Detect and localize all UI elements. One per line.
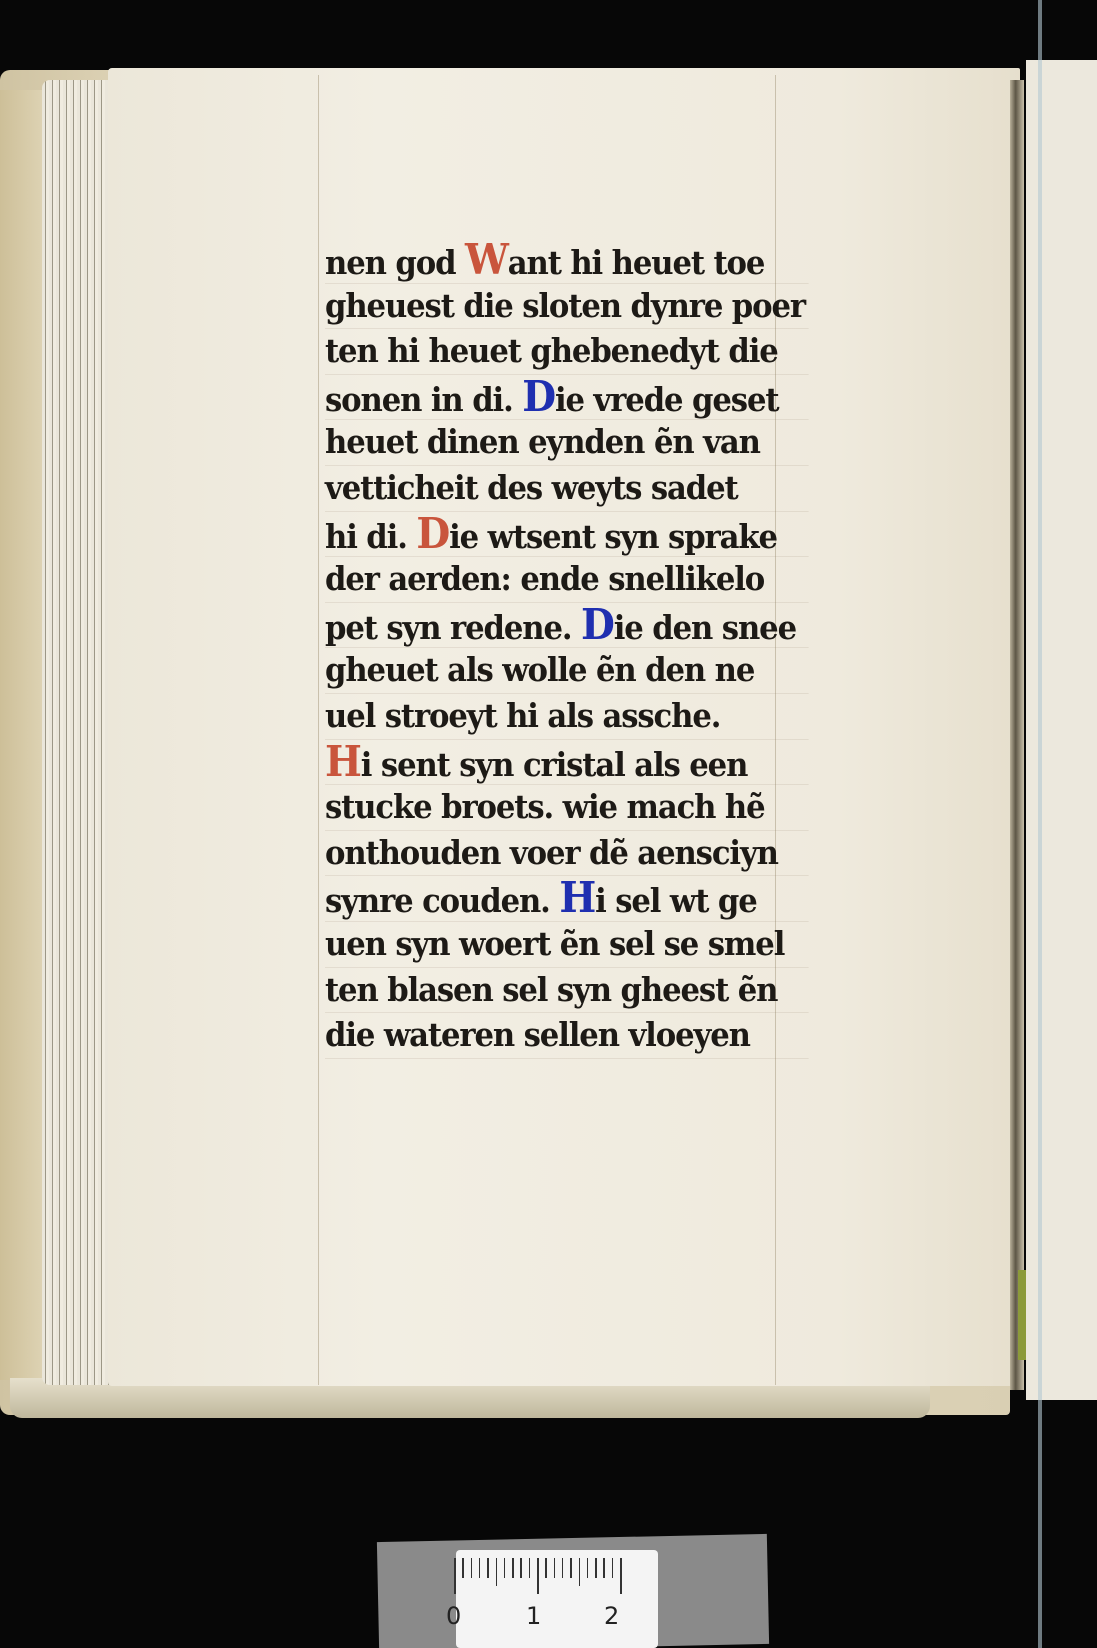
ruler-tick <box>570 1558 572 1578</box>
decorated-initial: H <box>325 737 361 786</box>
text-line: onthouden voer dẽ aensciyn <box>325 831 809 877</box>
decorated-initial: H <box>559 873 595 922</box>
ruler-tick <box>520 1558 522 1578</box>
sewing-thread <box>1018 1270 1026 1360</box>
text-segment: sonen in di. <box>325 380 522 419</box>
ruler-tick <box>529 1558 531 1578</box>
ruler-tick <box>471 1558 473 1578</box>
text-segment: synre couden. <box>325 881 559 920</box>
text-line: hi di. Die wtsent syn sprake <box>325 512 809 558</box>
text-line: gheuest die sloten dynre poer <box>325 284 809 330</box>
ruler-tick <box>462 1558 464 1578</box>
text-segment: ant hi heuet toe <box>508 243 765 282</box>
text-line: heuet dinen eynden ẽn van <box>325 420 809 466</box>
text-line: vetticheit des weyts sadet <box>325 466 809 512</box>
text-line: pet syn redene. Die den snee <box>325 603 809 649</box>
text-segment: uel stroeyt hi als assche. <box>325 696 720 735</box>
ruler-tick <box>537 1558 539 1594</box>
ruler-tick <box>512 1558 514 1578</box>
ruler-label-2: 2 <box>604 1602 619 1630</box>
ruler-label-0: 0 <box>446 1602 461 1630</box>
ruler-tick <box>496 1558 498 1586</box>
decorated-initial: D <box>522 372 555 421</box>
text-segment: i sel wt ge <box>595 881 756 920</box>
book-gutter <box>1010 80 1024 1390</box>
text-line: Hi sent syn cristal als een <box>325 740 809 786</box>
text-line: die wateren sellen vloeyen <box>325 1013 809 1059</box>
text-segment: pet syn redene. <box>325 608 581 647</box>
text-line: uel stroeyt hi als assche. <box>325 694 809 740</box>
text-segment: ie den snee <box>614 608 796 647</box>
text-segment: hi di. <box>325 517 416 556</box>
text-block: nen god Want hi heuet toegheuest die slo… <box>325 238 845 1059</box>
ruler-tick <box>620 1558 622 1594</box>
text-segment: uen syn woert ẽn sel se smel <box>325 924 784 963</box>
ruler-tick <box>595 1558 597 1578</box>
ruling-line-left <box>318 75 319 1385</box>
text-segment: ie wtsent syn sprake <box>449 517 777 556</box>
text-line: ten hi heuet ghebenedyt die <box>325 329 809 375</box>
text-segment: ten hi heuet ghebenedyt die <box>325 331 778 370</box>
text-line: ten blasen sel syn gheest ẽn <box>325 968 809 1014</box>
decorated-initial: W <box>465 235 508 284</box>
decorated-initial: D <box>581 600 614 649</box>
text-line: der aerden: ende snellikelo <box>325 557 809 603</box>
ruler-tick <box>504 1558 506 1578</box>
text-segment: nen god <box>325 243 465 282</box>
text-line: stucke broets. wie mach hẽ <box>325 785 809 831</box>
ruler-tick <box>554 1558 556 1578</box>
ruler-tick <box>587 1558 589 1578</box>
text-segment: stucke broets. wie mach hẽ <box>325 787 765 826</box>
scale-ruler: 0 1 2 <box>456 1550 658 1648</box>
text-segment: gheuest die sloten dynre poer <box>325 286 805 325</box>
ruler-tick <box>579 1558 581 1586</box>
text-line: gheuet als wolle ẽn den ne <box>325 648 809 694</box>
ruler-tick <box>612 1558 614 1578</box>
text-segment: ten blasen sel syn gheest ẽn <box>325 970 777 1009</box>
text-segment: der aerden: ende snellikelo <box>325 559 764 598</box>
text-line: sonen in di. Die vrede geset <box>325 375 809 421</box>
text-segment: ie vrede geset <box>555 380 778 419</box>
text-segment: gheuet als wolle ẽn den ne <box>325 650 754 689</box>
ruler-tick <box>454 1558 456 1594</box>
page-edges <box>42 80 112 1385</box>
ruler-tick <box>562 1558 564 1578</box>
text-segment: vetticheit des weyts sadet <box>325 468 738 507</box>
text-segment: die wateren sellen vloeyen <box>325 1015 750 1054</box>
ruler-label-1: 1 <box>526 1602 541 1630</box>
text-segment: heuet dinen eynden ẽn van <box>325 422 760 461</box>
text-segment: onthouden voer dẽ aensciyn <box>325 833 778 872</box>
text-line: uen syn woert ẽn sel se smel <box>325 922 809 968</box>
ruler-tick <box>545 1558 547 1578</box>
text-line: nen god Want hi heuet toe <box>325 238 809 284</box>
ruler-tick <box>603 1558 605 1578</box>
ruler-tick <box>479 1558 481 1578</box>
decorated-initial: D <box>416 509 449 558</box>
text-line: synre couden. Hi sel wt ge <box>325 876 809 922</box>
facing-page <box>1026 60 1097 1400</box>
glass-plate-edge <box>1038 0 1042 1648</box>
ruler-tick <box>487 1558 489 1578</box>
text-segment: i sent syn cristal als een <box>361 745 747 784</box>
